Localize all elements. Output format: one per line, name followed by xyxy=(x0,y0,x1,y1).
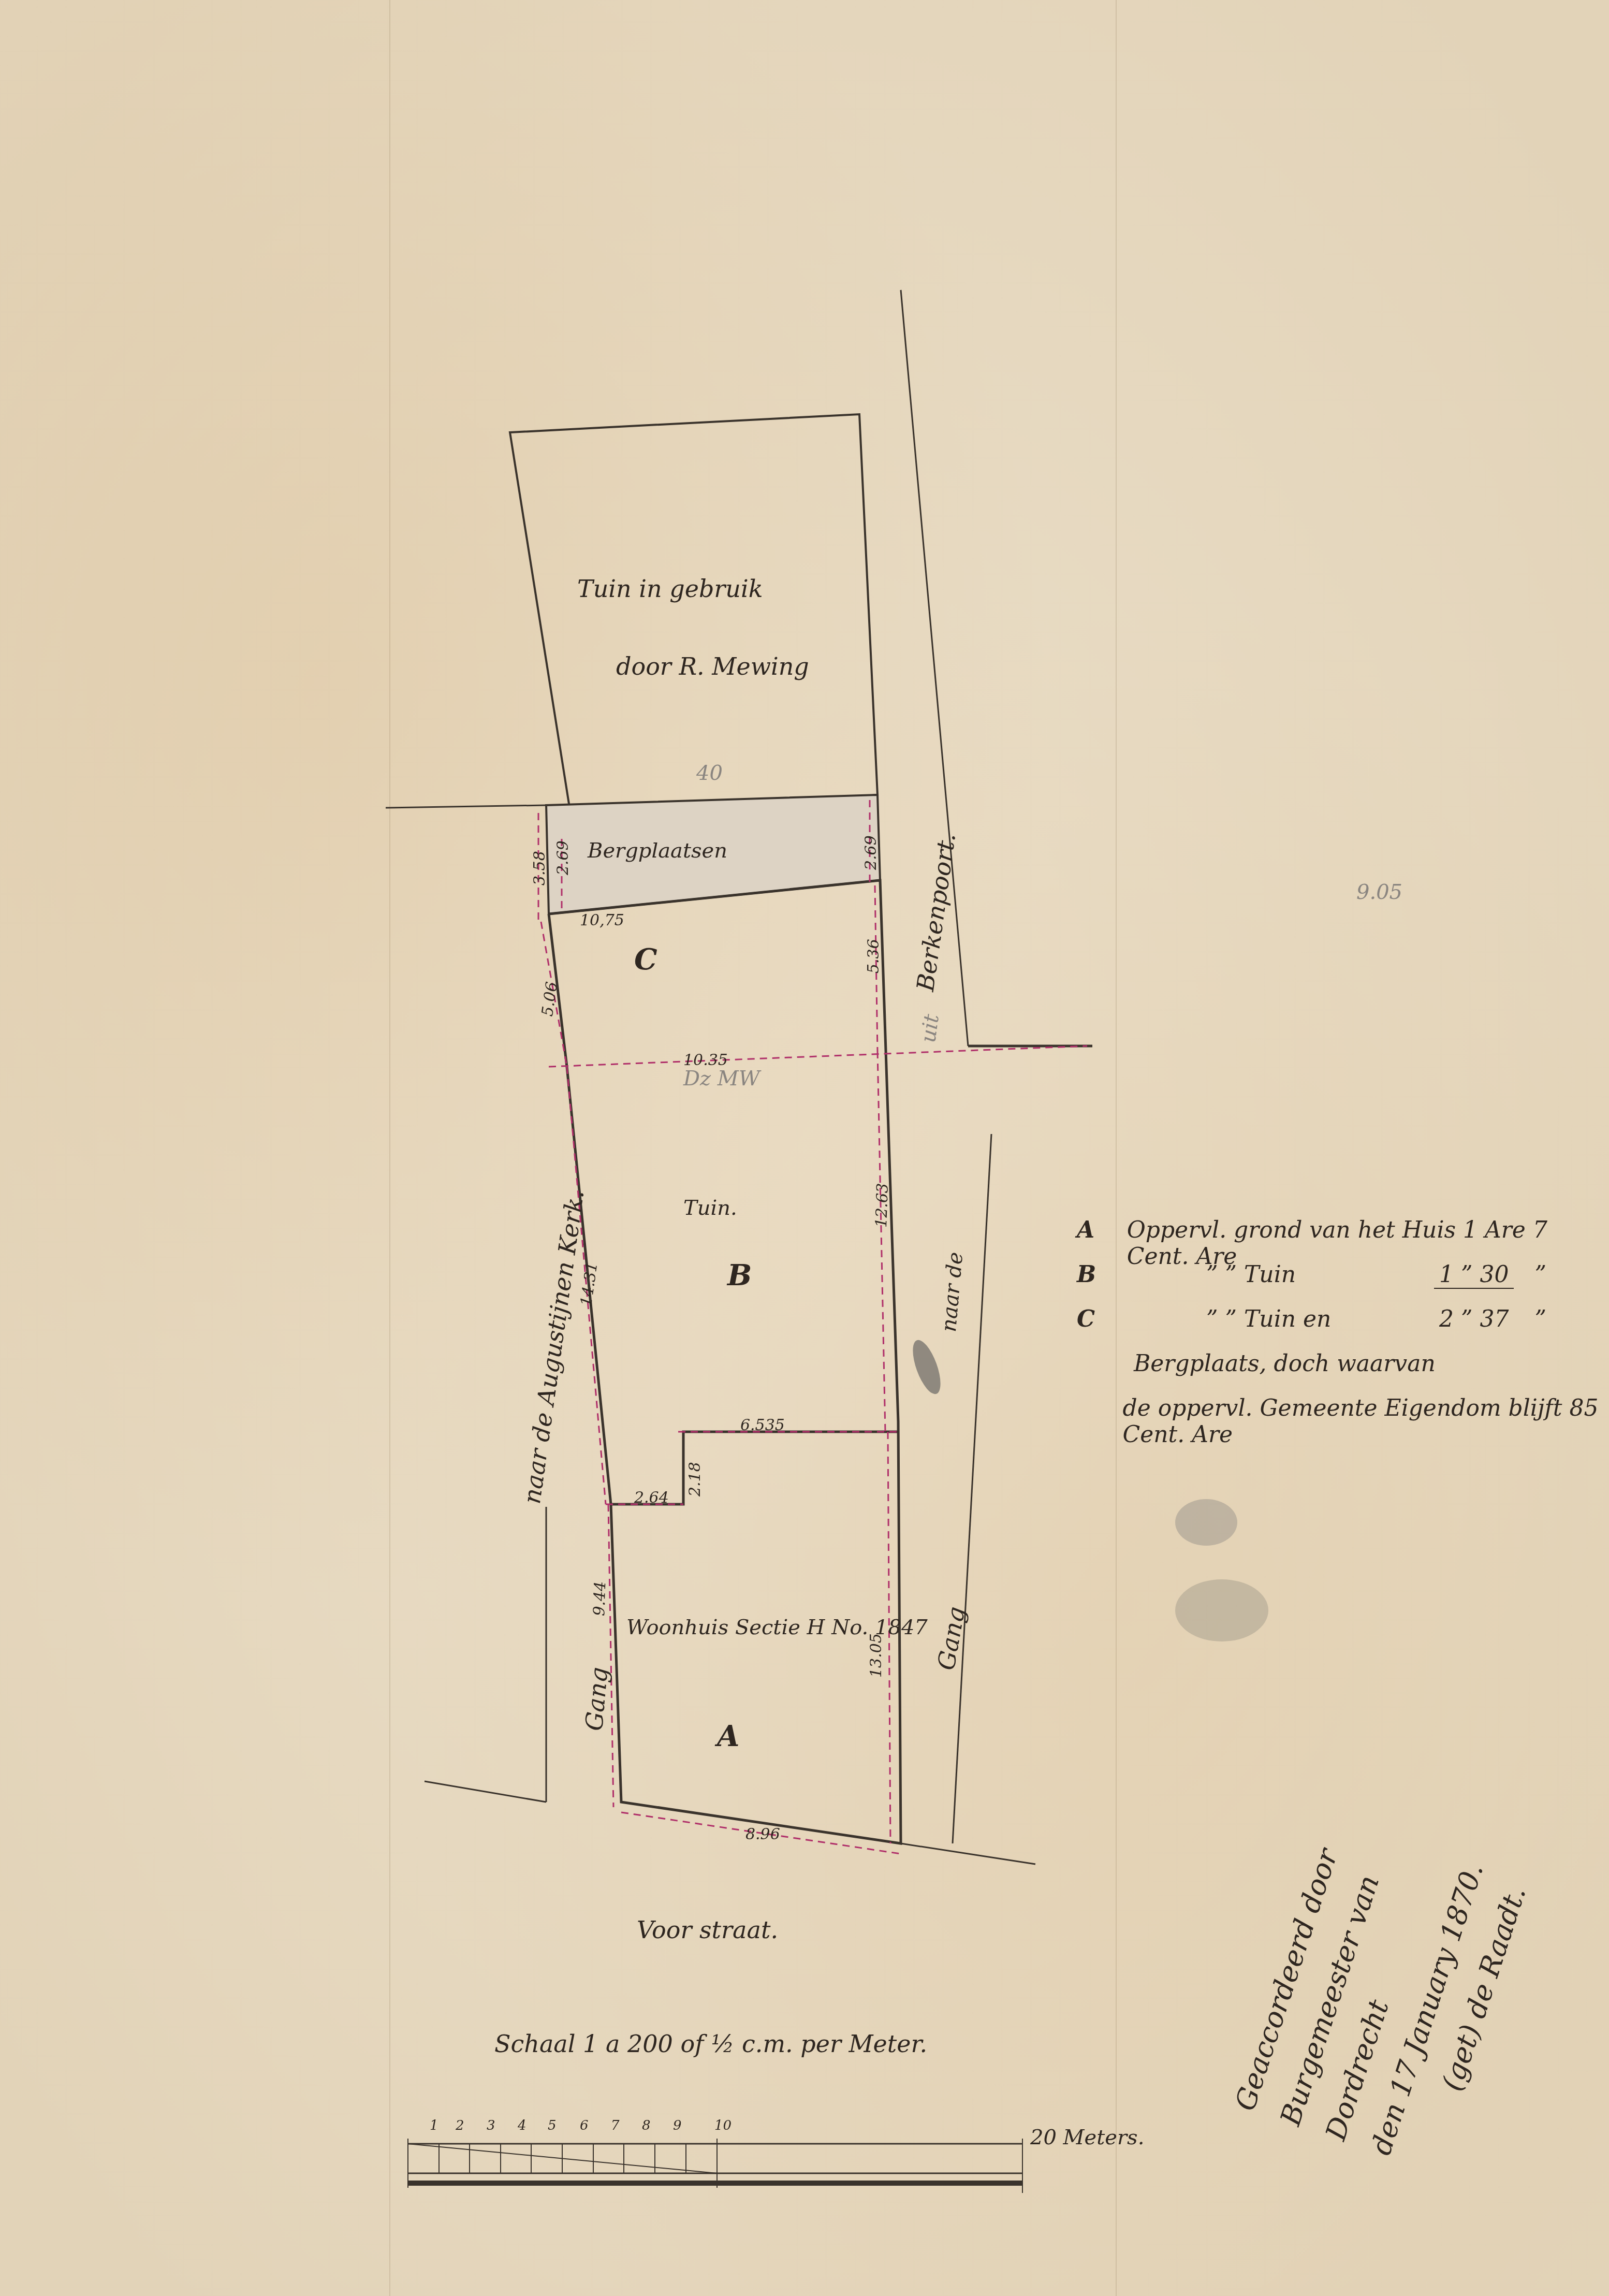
dim-a-left: 9.44 xyxy=(590,1581,609,1616)
top-garden-label-line2: door R. Mewing xyxy=(616,652,809,680)
storage-label: Bergplaatsen xyxy=(588,839,727,863)
dim-c-right: 5.36 xyxy=(865,939,883,973)
scale-title: Schaal 1 a 200 of ½ c.m. per Meter. xyxy=(494,2030,927,2058)
dim-storage-left-inner: 2.69 xyxy=(554,840,572,875)
pencil-initials: Dz MW xyxy=(683,1067,760,1091)
parcel-top-garden xyxy=(510,414,877,823)
dim-c-width: 10.35 xyxy=(683,1051,728,1069)
dim-step-width: 6.535 xyxy=(740,1416,785,1434)
scale-bar xyxy=(408,2139,1022,2193)
scale-end-label: 20 Meters. xyxy=(1030,2126,1144,2149)
dim-storage-left-outer: 3.58 xyxy=(531,851,549,885)
top-garden-label-line1: Tuin in gebruik xyxy=(577,575,763,603)
parcel-b-label: Tuin. xyxy=(683,1196,737,1220)
dim-storage-width: 10,75 xyxy=(580,911,624,929)
legend-row-a: A Oppervl. grond van het Huis 1 Are 7 Ce… xyxy=(1077,1217,1600,1261)
legend-row-b: B ” ” Tuin 1 ” 30 ” xyxy=(1077,1261,1600,1306)
legend-row-c: C ” ” Tuin en 2 ” 37 ” xyxy=(1077,1306,1600,1350)
scale-ticks: 1 2 3 4 5 6 7 8 9 10 xyxy=(430,2118,730,2139)
parcel-letter-c: C xyxy=(634,942,657,977)
dim-a-right: 13.05 xyxy=(867,1633,885,1678)
dim-step-height: 2.18 xyxy=(686,1462,704,1496)
pencil-garden-mark: 40 xyxy=(696,761,723,785)
parcel-letter-b: B xyxy=(727,1258,752,1292)
gang-label-left: Gang xyxy=(580,1666,613,1732)
area-legend: A Oppervl. grond van het Huis 1 Are 7 Ce… xyxy=(1077,1217,1600,1440)
legend-row-c-cont2: de oppervl. Gemeente Eigendom blijft 85 … xyxy=(1077,1395,1600,1440)
pencil-note-top: 9.05 xyxy=(1356,880,1402,904)
dim-step-offset: 2.64 xyxy=(634,1489,669,1507)
legend-row-c-cont1: Bergplaats, doch waarvan xyxy=(1077,1350,1600,1395)
dim-storage-right: 2.69 xyxy=(862,835,880,870)
street-label-right-pencil: uit xyxy=(916,1013,944,1044)
parcel-letter-a: A xyxy=(717,1719,739,1753)
street-label-bottom: Voor straat. xyxy=(637,1916,778,1944)
dim-b-right: 12.63 xyxy=(872,1183,892,1228)
dim-a-width: 8.96 xyxy=(745,1825,780,1843)
